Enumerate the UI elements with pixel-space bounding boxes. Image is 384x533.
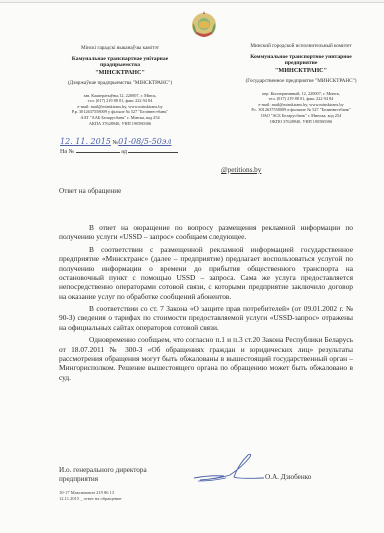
registration-reference: На № ад bbox=[60, 146, 190, 155]
body-paragraph: Одновременно сообщаем, что согласно п.1 … bbox=[59, 335, 353, 382]
org-line-2: предприятие bbox=[226, 60, 376, 67]
body-paragraph: В ответ на оюращение по вопросу размещен… bbox=[59, 223, 353, 242]
state-emblem-icon bbox=[189, 9, 219, 39]
recipient-address: @petitions.by bbox=[221, 166, 261, 174]
ref-number-blank bbox=[76, 146, 120, 153]
org-name: "МИНСКТРАНС" bbox=[226, 67, 376, 75]
org-address: зав. Кааператыўны,12, 220007, г. Мінск, … bbox=[58, 93, 182, 126]
registration-date-number: 12. 11. 2015 №01-08/5-50эл bbox=[60, 137, 190, 146]
org-name: "МІНСКТРАНС" bbox=[58, 69, 182, 77]
address-line: ОКПО 37628940, УНП 190580306 bbox=[226, 119, 376, 125]
org-line-1: Коммунальное транспортное унитарное bbox=[226, 54, 376, 61]
ref-date-blank bbox=[128, 146, 178, 153]
handwritten-date: 12. 11. 2015 bbox=[60, 137, 111, 146]
letter-body: В ответ на оюращение по вопросу размещен… bbox=[59, 223, 353, 385]
header-belarusian: Мінскі гарадскі выканаўчы камітэт Камуна… bbox=[58, 45, 182, 126]
ref-sep: ад bbox=[121, 149, 127, 155]
handwritten-number: 01-08/5-50эл bbox=[118, 137, 171, 146]
letter-subject: Ответ на обращение bbox=[59, 187, 121, 195]
file-line: 12.11.2015 _ ответ на обращение bbox=[59, 496, 122, 502]
address-line: АКПА 37628940, УНП 190580306 bbox=[58, 121, 182, 127]
signatory-title-line-2: предприятия bbox=[59, 475, 147, 484]
signatory-name: О.А. Дзюбенко bbox=[265, 473, 311, 481]
org-line-2: прадпрыемства bbox=[58, 62, 182, 69]
ref-label: На № bbox=[60, 149, 74, 155]
authority-name: Минский городской исполнительный комитет bbox=[226, 43, 376, 50]
letter-page: Мінскі гарадскі выканаўчы камітэт Камуна… bbox=[0, 2, 384, 533]
header-russian: Минский городской исполнительный комитет… bbox=[226, 43, 376, 124]
signatory-title-line-1: И.о. генерального директора bbox=[59, 466, 147, 475]
executor-note: 10-17 Максимович 219 86 13 12.11.2015 _ … bbox=[59, 490, 122, 502]
org-alt-name: (Дзяржаўнае прадпрыемства "МІНСКТРАНС") bbox=[58, 80, 182, 87]
handwritten-signature-icon bbox=[190, 451, 270, 485]
authority-name: Мінскі гарадскі выканаўчы камітэт bbox=[58, 45, 182, 52]
body-paragraph: В соответствии со ст. 7 Закона «О защите… bbox=[59, 304, 353, 332]
org-alt-name: (Государственное предприятие "МИНСКТРАНС… bbox=[226, 78, 376, 85]
org-line-1: Камунальнае транспартнае унітарнае bbox=[58, 56, 182, 63]
body-paragraph: В соответствии с размещенной рекламной и… bbox=[59, 245, 353, 301]
org-address: пер. Кооперативный, 12, 220007, г. Минск… bbox=[226, 91, 376, 124]
signatory-title: И.о. генерального директора предприятия bbox=[59, 466, 147, 483]
